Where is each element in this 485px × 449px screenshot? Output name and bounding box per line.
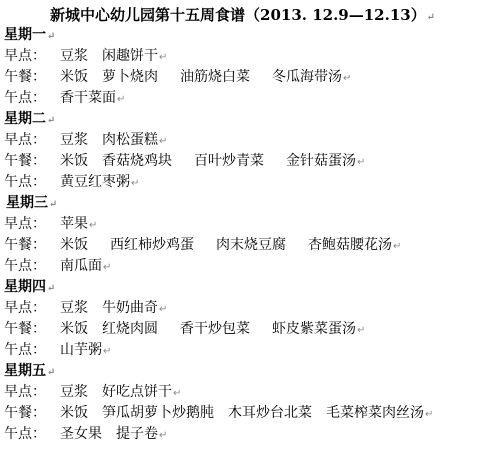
paragraph-mark-icon: ↵ [393, 241, 401, 252]
menu-text: 黄豆红枣粥 [60, 174, 130, 190]
paragraph-mark-icon: ↵ [103, 346, 111, 357]
paragraph-mark-icon: ↵ [49, 199, 57, 210]
lunch-row-friday: 午餐：米饭笋瓜胡萝卜炒鹅肫木耳炒台北菜毛菜榨菜肉丝汤↵ [4, 403, 433, 425]
menu-text: 午餐： [4, 319, 60, 339]
menu-text: 星期四 [4, 279, 46, 295]
menu-text: 豆浆 [60, 300, 88, 316]
menu-text: 豆浆 [60, 384, 88, 400]
menu-text: 毛菜榨菜肉丝汤 [326, 405, 424, 421]
menu-text: 午餐： [4, 67, 60, 87]
menu-text: 虾皮紫菜蛋汤 [272, 321, 356, 337]
menu-text: 香干菜面 [60, 90, 116, 106]
menu-text: 午点： [4, 88, 60, 108]
snack-row-tuesday: 午点：黄豆红枣粥↵ [4, 172, 139, 194]
menu-text: 百叶炒青菜 [194, 153, 264, 169]
paragraph-mark-icon: ↵ [159, 304, 167, 315]
menu-text: 杏鲍菇腰花汤 [308, 237, 392, 253]
paragraph-mark-icon: ↵ [357, 157, 365, 168]
menu-text: 冬瓜海带汤 [272, 69, 342, 85]
menu-text: 豆浆 [60, 132, 88, 148]
menu-text: 肉末烧豆腐 [216, 237, 286, 253]
lunch-row-monday: 午餐：米饭萝卜烧肉油筋烧白菜冬瓜海带汤↵ [4, 67, 351, 89]
day-heading-wednesday: 星期三↵ [6, 193, 57, 215]
menu-text: 豆浆 [60, 48, 88, 64]
document-title: 新城中心幼儿园第十五周食谱（2013. 12.9—12.13）↵ [50, 5, 435, 28]
title-text: 新城中心幼儿园第十五周食谱（2013. 12.9—12.13） [50, 6, 426, 24]
paragraph-mark-icon: ↵ [427, 12, 435, 23]
menu-text: 香干炒包菜 [180, 321, 250, 337]
paragraph-mark-icon: ↵ [117, 94, 125, 105]
snack-row-wednesday: 午点：南瓜面↵ [4, 256, 111, 278]
snack-row-friday: 午点：圣女果提子卷↵ [4, 424, 167, 446]
menu-text: 好吃点饼干 [102, 384, 172, 400]
menu-text: 香菇烧鸡块 [102, 153, 172, 169]
menu-text: 提子卷 [116, 426, 158, 442]
menu-text: 牛奶曲奇 [102, 300, 158, 316]
menu-text: 午点： [4, 256, 60, 276]
lunch-row-thursday: 午餐：米饭红烧肉圆香干炒包菜虾皮紫菜蛋汤↵ [4, 319, 365, 341]
paragraph-mark-icon: ↵ [47, 367, 55, 378]
menu-text: 午点： [4, 172, 60, 192]
paragraph-mark-icon: ↵ [89, 220, 97, 231]
menu-text: 星期三 [6, 195, 48, 211]
menu-text: 早点： [4, 46, 60, 66]
paragraph-mark-icon: ↵ [131, 178, 139, 189]
paragraph-mark-icon: ↵ [103, 262, 111, 273]
lunch-row-tuesday: 午餐：米饭香菇烧鸡块百叶炒青菜金针菇蛋汤↵ [4, 151, 365, 173]
menu-text: 圣女果 [60, 426, 102, 442]
menu-text: 米饭 [60, 321, 88, 337]
menu-text: 苹果 [60, 216, 88, 232]
day-heading-tuesday: 星期二↵ [4, 109, 55, 131]
breakfast-row-thursday: 早点：豆浆牛奶曲奇↵ [4, 298, 167, 320]
menu-text: 西红柿炒鸡蛋 [110, 237, 194, 253]
menu-text: 金针菇蛋汤 [286, 153, 356, 169]
menu-text: 早点： [4, 214, 60, 234]
menu-text: 星期二 [4, 111, 46, 127]
paragraph-mark-icon: ↵ [173, 388, 181, 399]
menu-text: 午餐： [4, 151, 60, 171]
paragraph-mark-icon: ↵ [47, 283, 55, 294]
lunch-row-wednesday: 午餐：米饭西红柿炒鸡蛋肉末烧豆腐杏鲍菇腰花汤↵ [4, 235, 401, 257]
menu-text: 星期五 [4, 363, 46, 379]
day-heading-thursday: 星期四↵ [4, 277, 55, 299]
menu-text: 米饭 [60, 69, 88, 85]
paragraph-mark-icon: ↵ [47, 115, 55, 126]
day-heading-monday: 星期一↵ [4, 25, 55, 47]
snack-row-thursday: 午点：山芋粥↵ [4, 340, 111, 362]
menu-text: 星期一 [4, 27, 46, 43]
day-heading-friday: 星期五↵ [4, 361, 55, 383]
menu-text: 早点： [4, 130, 60, 150]
menu-text: 早点： [4, 382, 60, 402]
menu-text: 南瓜面 [60, 258, 102, 274]
breakfast-row-friday: 早点：豆浆好吃点饼干↵ [4, 382, 181, 404]
paragraph-mark-icon: ↵ [47, 31, 55, 42]
menu-text: 山芋粥 [60, 342, 102, 358]
menu-text: 闲趣饼干 [102, 48, 158, 64]
paragraph-mark-icon: ↵ [159, 136, 167, 147]
paragraph-mark-icon: ↵ [357, 325, 365, 336]
breakfast-row-monday: 早点：豆浆闲趣饼干↵ [4, 46, 167, 68]
paragraph-mark-icon: ↵ [343, 73, 351, 84]
menu-text: 木耳炒台北菜 [228, 405, 312, 421]
menu-text: 午点： [4, 424, 60, 444]
breakfast-row-tuesday: 早点：豆浆肉松蛋糕↵ [4, 130, 167, 152]
menu-text: 午餐： [4, 403, 60, 423]
menu-text: 肉松蛋糕 [102, 132, 158, 148]
menu-text: 早点： [4, 298, 60, 318]
paragraph-mark-icon: ↵ [159, 52, 167, 63]
menu-text: 萝卜烧肉 [102, 69, 158, 85]
paragraph-mark-icon: ↵ [425, 409, 433, 420]
menu-text: 米饭 [60, 153, 88, 169]
menu-text: 油筋烧白菜 [180, 69, 250, 85]
menu-text: 笋瓜胡萝卜炒鹅肫 [102, 405, 214, 421]
paragraph-mark-icon: ↵ [159, 430, 167, 441]
menu-text: 午餐： [4, 235, 60, 255]
snack-row-monday: 午点：香干菜面↵ [4, 88, 125, 110]
breakfast-row-wednesday: 早点：苹果↵ [4, 214, 97, 236]
menu-text: 午点： [4, 340, 60, 360]
menu-text: 红烧肉圆 [102, 321, 158, 337]
menu-text: 米饭 [60, 405, 88, 421]
menu-text: 米饭 [60, 237, 88, 253]
